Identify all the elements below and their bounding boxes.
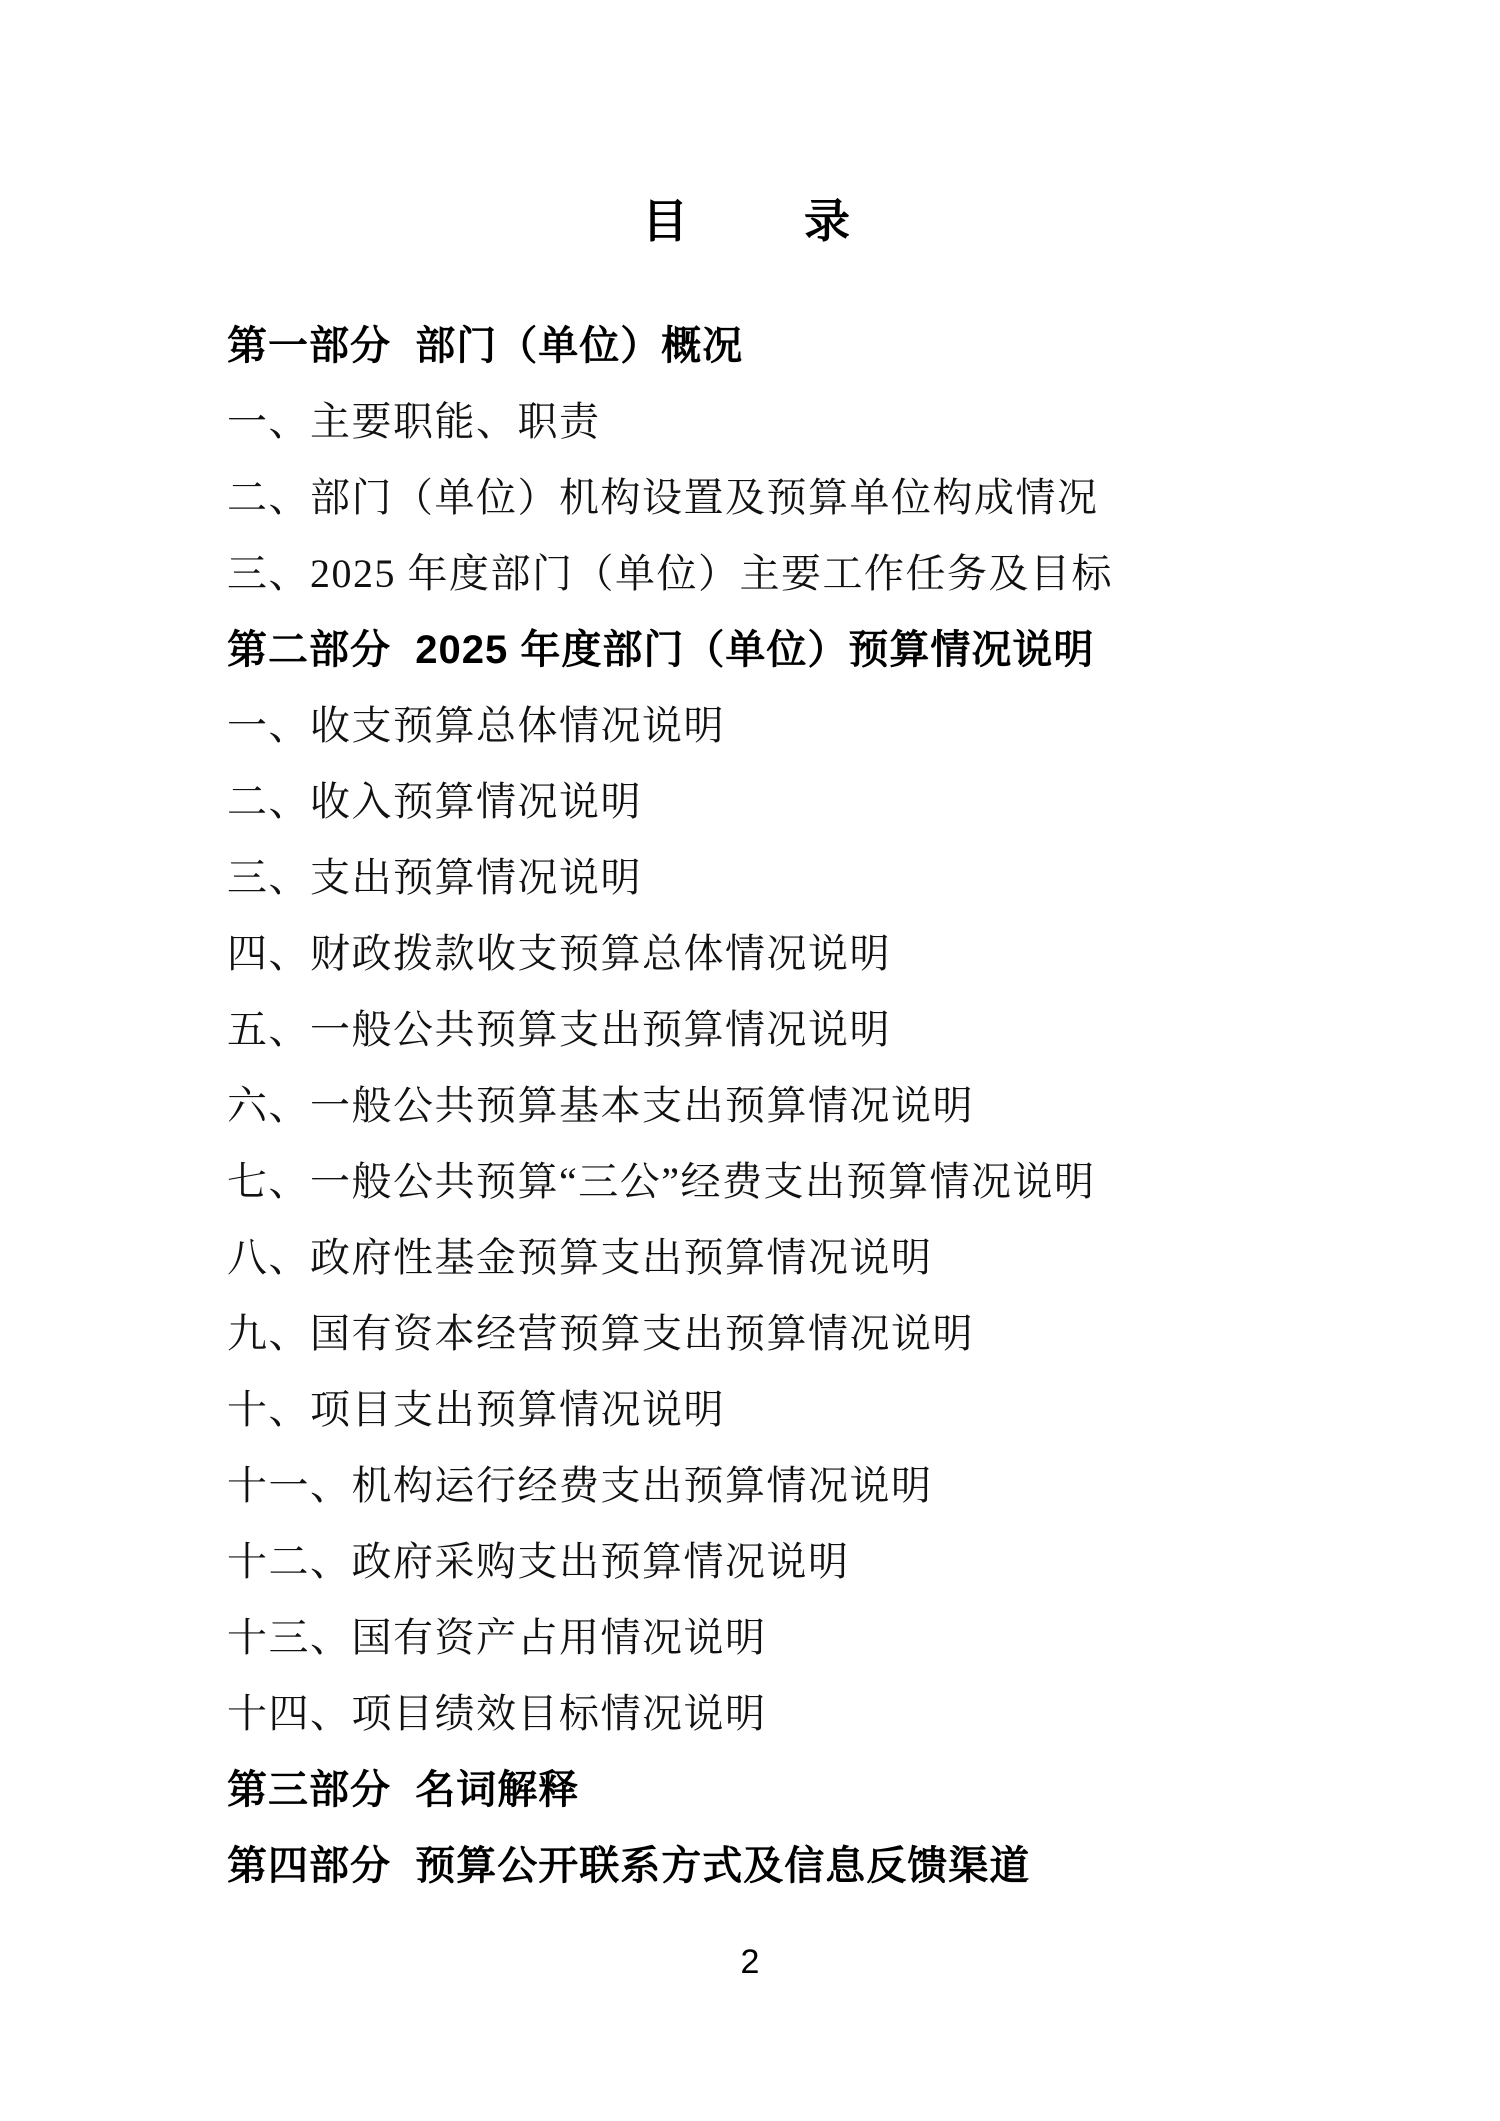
toc-item: 十、项目支出预算情况说明 (227, 1368, 1300, 1444)
toc-item: 十三、国有资产占用情况说明 (227, 1596, 1300, 1672)
toc-item: 二、部门（单位）机构设置及预算单位构成情况 (227, 456, 1300, 532)
toc-item: 十一、机构运行经费支出预算情况说明 (227, 1444, 1300, 1520)
table-of-contents: 第一部分 部门（单位）概况 一、主要职能、职责 二、部门（单位）机构设置及预算单… (0, 304, 1500, 1900)
toc-item: 四、财政拨款收支预算总体情况说明 (227, 912, 1300, 988)
toc-item: 八、政府性基金预算支出预算情况说明 (227, 1216, 1300, 1292)
toc-item: 五、一般公共预算支出预算情况说明 (227, 988, 1300, 1064)
toc-section-part2: 第二部分 2025 年度部门（单位）预算情况说明 (227, 608, 1300, 684)
toc-section-part1: 第一部分 部门（单位）概况 (227, 304, 1300, 380)
toc-item: 三、支出预算情况说明 (227, 836, 1300, 912)
toc-section-part4: 第四部分 预算公开联系方式及信息反馈渠道 (227, 1824, 1300, 1900)
document-page: 目 录 第一部分 部门（单位）概况 一、主要职能、职责 二、部门（单位）机构设置… (0, 0, 1500, 2121)
toc-item: 七、一般公共预算“三公”经费支出预算情况说明 (227, 1140, 1300, 1216)
toc-item: 三、2025 年度部门（单位）主要工作任务及目标 (227, 532, 1300, 608)
toc-item: 九、国有资本经营预算支出预算情况说明 (227, 1292, 1300, 1368)
toc-item: 二、收入预算情况说明 (227, 760, 1300, 836)
page-title: 目 录 (0, 190, 1500, 254)
toc-item: 一、收支预算总体情况说明 (227, 684, 1300, 760)
page-number: 2 (0, 1942, 1500, 1982)
toc-item: 十二、政府采购支出预算情况说明 (227, 1520, 1300, 1596)
toc-section-part3: 第三部分 名词解释 (227, 1748, 1300, 1824)
toc-item: 六、一般公共预算基本支出预算情况说明 (227, 1064, 1300, 1140)
toc-item: 一、主要职能、职责 (227, 380, 1300, 456)
toc-item: 十四、项目绩效目标情况说明 (227, 1672, 1300, 1748)
